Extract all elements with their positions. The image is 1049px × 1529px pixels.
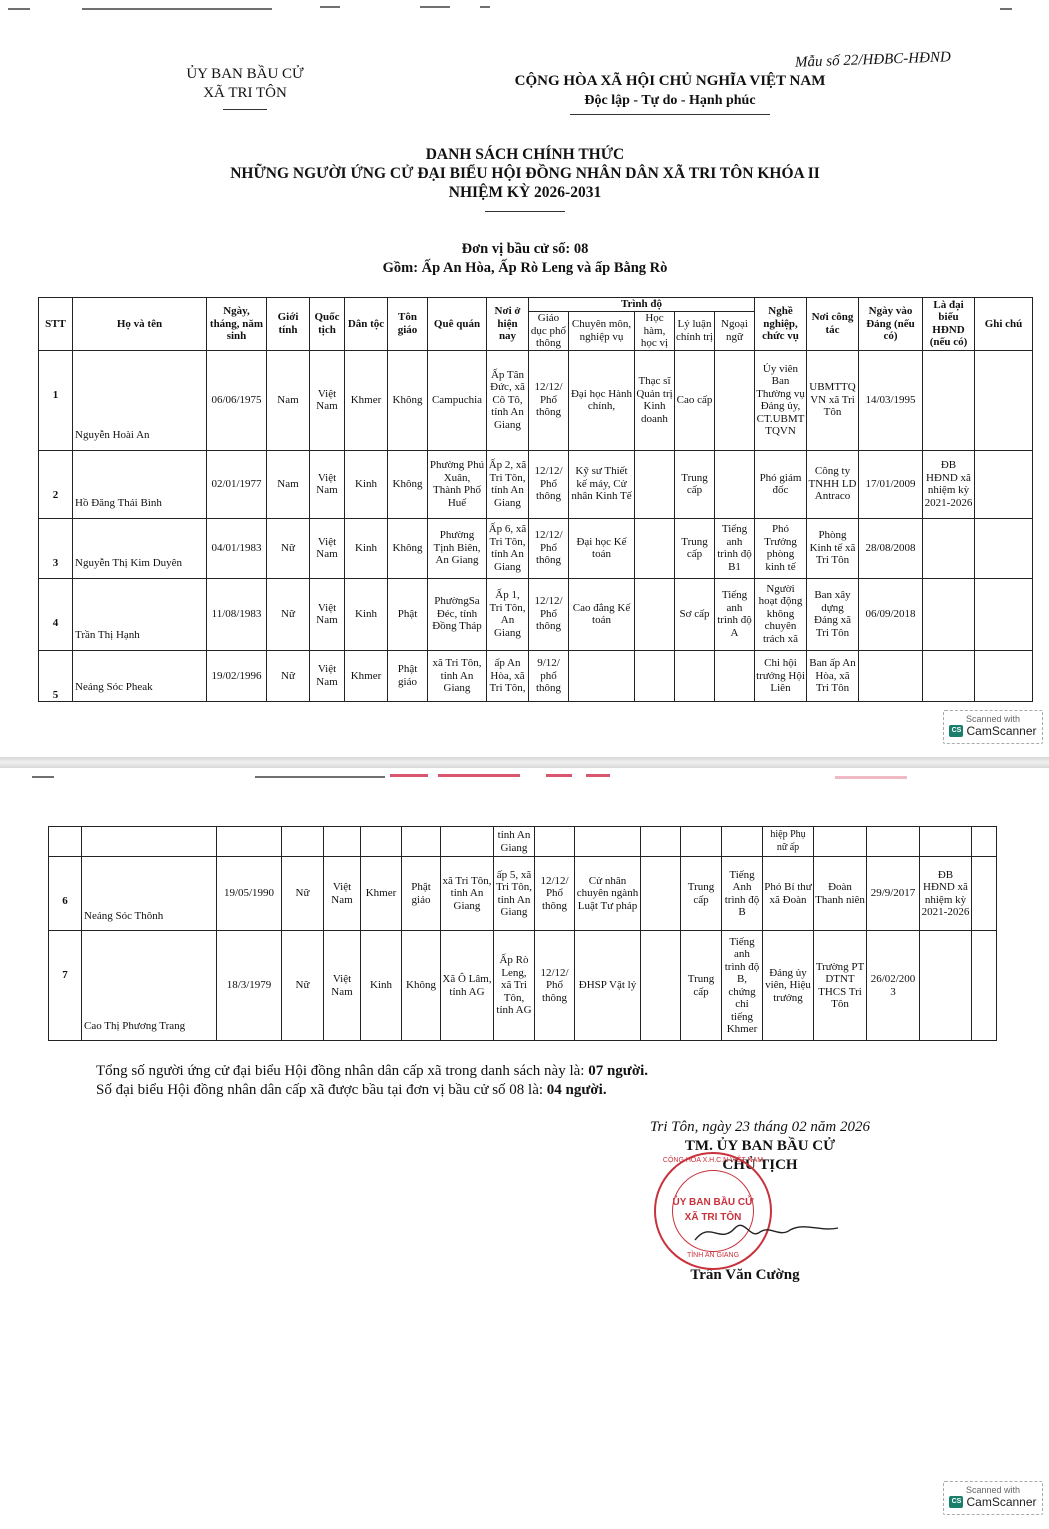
national-motto: Độc lập - Tự do - Hạnh phúc xyxy=(480,91,860,110)
table-row: 2Hồ Đăng Thái Bình02/01/1977NamViệt NamK… xyxy=(39,450,1033,518)
cell-ethnicity: Khmer xyxy=(361,857,402,931)
header-stt: STT xyxy=(39,298,73,351)
cell-religion: Không xyxy=(402,931,441,1041)
cell-note xyxy=(975,650,1033,702)
cell-note xyxy=(972,857,997,931)
electoral-unit: Đơn vị bầu cử số: 08 Gồm: Ấp An Hòa, Ấp … xyxy=(150,240,900,278)
cell-academic xyxy=(635,578,675,650)
cell-name: Nguyễn Hoài An xyxy=(73,350,207,450)
header-nationality: Quốc tịch xyxy=(310,298,345,351)
cell-name: Trần Thị Hạnh xyxy=(73,578,207,650)
cell-religion: Phật giáo xyxy=(402,857,441,931)
cell-ethnicity: Kinh xyxy=(345,578,388,650)
cell-workplace: Ban xây dựng Đảng xã Tri Tôn xyxy=(807,578,859,650)
cell-note xyxy=(975,518,1033,578)
table-row: 7Cao Thị Phương Trang18/3/1979NữViệt Nam… xyxy=(49,931,997,1041)
cell-party-date xyxy=(859,650,923,702)
table-row: 4Trần Thị Hạnh11/08/1983NữViệt NamKinhPh… xyxy=(39,578,1033,650)
header-education-group: Trình độ xyxy=(529,298,755,312)
cell-party-date: 17/01/2009 xyxy=(859,450,923,518)
scan-artifact xyxy=(586,774,610,777)
cell-professional xyxy=(569,650,635,702)
org-line-2: XÃ TRI TÔN xyxy=(150,84,340,103)
cell-workplace: Đoàn Thanh niên xyxy=(814,857,867,931)
cell-language: Tiếng anh trình độ A xyxy=(715,578,755,650)
cell-professional: Kỹ sư Thiết kế máy, Cử nhân Kinh Tế xyxy=(569,450,635,518)
cell-religion: Phật giáo xyxy=(388,650,428,702)
cell-language xyxy=(715,650,755,702)
candidate-table-continued: tỉnh An Giang hiệp Phụ nữ ấp 6Neáng Sóc … xyxy=(48,826,997,1041)
header-name: Họ và tên xyxy=(73,298,207,351)
cell-academic xyxy=(635,650,675,702)
cell-name: Nguyễn Thị Kim Duyên xyxy=(73,518,207,578)
cell-nationality: Việt Nam xyxy=(324,857,361,931)
cell-party-date: 26/02/2003 xyxy=(867,931,920,1041)
cell-dob: 18/3/1979 xyxy=(217,931,282,1041)
cell-religion: Phật xyxy=(388,578,428,650)
cell-is-delegate xyxy=(923,350,975,450)
cell-language xyxy=(715,350,755,450)
header-religion: Tôn giáo xyxy=(388,298,428,351)
summary: Tổng số người ứng cử đại biểu Hội đồng n… xyxy=(96,1062,648,1100)
cell-is-delegate xyxy=(923,518,975,578)
cell-academic xyxy=(641,857,681,931)
header-ethnicity: Dân tộc xyxy=(345,298,388,351)
cell-general-edu: 12/12/ Phổ thông xyxy=(535,931,575,1041)
scan-artifact xyxy=(320,6,340,8)
cell-dob: 04/01/1983 xyxy=(207,518,267,578)
cell-professional: ĐHSP Vật lý xyxy=(575,931,641,1041)
cell-stt: 6 xyxy=(49,857,82,931)
cell-occupation: Người hoạt động không chuyên trách xã xyxy=(755,578,807,650)
summary-seats: Số đại biểu Hội đồng nhân dân cấp xã đượ… xyxy=(96,1081,648,1100)
cell-occupation: Phó giám đốc xyxy=(755,450,807,518)
cell-language: Tiếng anh trình độ B, chứng chỉ tiếng Kh… xyxy=(722,931,763,1041)
cell-dob: 11/08/1983 xyxy=(207,578,267,650)
scan-artifact xyxy=(835,776,907,779)
place-date: Tri Tôn, ngày 23 tháng 02 năm 2026 xyxy=(620,1118,900,1137)
cell-party-date: 14/03/1995 xyxy=(859,350,923,450)
cell-occupation: Phó Trưởng phòng kinh tế xyxy=(755,518,807,578)
page-separator xyxy=(0,757,1049,768)
scan-artifact xyxy=(1000,8,1012,10)
cell-party-date: 29/9/2017 xyxy=(867,857,920,931)
document-page-1: ỦY BAN BẦU CỬ XÃ TRI TÔN Mẫu số 22/HĐBC-… xyxy=(0,0,1049,757)
cell-workplace: Phòng Kinh tế xã Tri Tôn xyxy=(807,518,859,578)
cell-workplace: Ban ấp An Hòa, xã Tri Tôn xyxy=(807,650,859,702)
candidate-table: STT Họ và tên Ngày, tháng, năm sinh Giới… xyxy=(38,297,1033,702)
header-general-edu: Giáo dục phổ thông xyxy=(529,312,569,351)
cell-religion: Không xyxy=(388,350,428,450)
scan-artifact xyxy=(420,6,450,8)
unit-number: Đơn vị bầu cử số: 08 xyxy=(150,240,900,259)
watermark-brand: CamScanner xyxy=(966,724,1036,738)
cell-hometown: Phường Tịnh Biên, An Giang xyxy=(428,518,487,578)
cell-general-edu: 12/12/ Phổ thông xyxy=(529,518,569,578)
cell-is-delegate xyxy=(923,578,975,650)
cell-general-edu: 12/12/ Phổ thông xyxy=(535,857,575,931)
camscanner-logo-icon: CS xyxy=(949,725,963,737)
cell-professional: Đại học Hành chính, xyxy=(569,350,635,450)
cell-residence: Ấp 2, xã Tri Tôn, tỉnh An Giang xyxy=(487,450,529,518)
table-row: 5Neáng Sóc Pheak19/02/1996NữViệt NamKhme… xyxy=(39,650,1033,702)
signing-organization: TM. ỦY BAN BẦU CỬ xyxy=(620,1137,900,1156)
camscanner-watermark: Scanned with CS CamScanner xyxy=(943,710,1043,744)
header-occupation: Nghề nghiệp, chức vụ xyxy=(755,298,807,351)
cell-note xyxy=(975,350,1033,450)
header-note: Ghi chú xyxy=(975,298,1033,351)
cell-stt: 4 xyxy=(39,578,73,650)
cell-ethnicity: Khmer xyxy=(345,650,388,702)
header-workplace: Nơi công tác xyxy=(807,298,859,351)
cell-gender: Nam xyxy=(267,450,310,518)
scan-artifact xyxy=(480,6,490,8)
cell-residence: ấp An Hòa, xã Tri Tôn, xyxy=(487,650,529,702)
cell-stt: 3 xyxy=(39,518,73,578)
cell-dob: 02/01/1977 xyxy=(207,450,267,518)
cell-ethnicity: Kinh xyxy=(361,931,402,1041)
scan-artifact xyxy=(32,776,54,778)
cell-stt: 7 xyxy=(49,931,82,1041)
header-political: Lý luận chính trị xyxy=(675,312,715,351)
cell-occupation: Ủy viên Ban Thường vụ Đảng ủy, CT.UBMTTQ… xyxy=(755,350,807,450)
cell-gender: Nữ xyxy=(267,518,310,578)
divider xyxy=(570,114,770,115)
cell-name: Neáng Sóc Thônh xyxy=(82,857,217,931)
cell-political xyxy=(675,650,715,702)
title-line-2: NHỮNG NGƯỜI ỨNG CỬ ĐẠI BIỂU HỘI ĐỒNG NHÂ… xyxy=(150,164,900,183)
title-line-3: NHIỆM KỲ 2026-2031 xyxy=(150,183,900,202)
header-academic: Học hàm, học vị xyxy=(635,312,675,351)
header-dob: Ngày, tháng, năm sinh xyxy=(207,298,267,351)
cell-hometown: PhườngSa Đéc, tỉnh Đồng Tháp xyxy=(428,578,487,650)
cell-dob: 06/06/1975 xyxy=(207,350,267,450)
cell-gender: Nữ xyxy=(282,931,324,1041)
scan-artifact xyxy=(546,774,572,777)
cell-language xyxy=(715,450,755,518)
cell-religion: Không xyxy=(388,518,428,578)
cell-hometown: xã Tri Tôn, tỉnh An Giang xyxy=(441,857,494,931)
cell-hometown: xã Tri Tôn, tỉnh An Giang xyxy=(428,650,487,702)
cell-workplace: Công ty TNHH LD Antraco xyxy=(807,450,859,518)
cell-gender: Nữ xyxy=(267,578,310,650)
cell-residence: Ấp 6, xã Tri Tôn, tỉnh An Giang xyxy=(487,518,529,578)
cell-nationality: Việt Nam xyxy=(324,931,361,1041)
total-candidates-value: 07 người. xyxy=(588,1063,648,1079)
cell-is-delegate: ĐB HĐND xã nhiệm kỳ 2021-2026 xyxy=(920,857,972,931)
cell-hometown: Phường Phú Xuân, Thành Phố Huế xyxy=(428,450,487,518)
cell-note xyxy=(972,931,997,1041)
table-row: 6Neáng Sóc Thônh19/05/1990NữViệt NamKhme… xyxy=(49,857,997,931)
camscanner-watermark: Scanned with CS CamScanner xyxy=(943,1481,1043,1515)
cell-residence: ấp 5, xã Tri Tôn, tỉnh An Giang xyxy=(494,857,535,931)
cell-nationality: Việt Nam xyxy=(310,450,345,518)
scan-artifact xyxy=(8,8,30,10)
header-residence: Nơi ở hiện nay xyxy=(487,298,529,351)
cell-professional: Đại học Kế toán xyxy=(569,518,635,578)
issuing-organization: ỦY BAN BẦU CỬ XÃ TRI TÔN xyxy=(150,65,340,110)
table-row: 1Nguyễn Hoài An06/06/1975NamViệt NamKhme… xyxy=(39,350,1033,450)
cell-ethnicity: Khmer xyxy=(345,350,388,450)
cell-stt: 5 xyxy=(39,650,73,702)
unit-areas: Gồm: Ấp An Hòa, Ấp Rò Leng và ấp Bằng Rò xyxy=(150,259,900,278)
cell-stt: 2 xyxy=(39,450,73,518)
national-header: CỘNG HÒA XÃ HỘI CHỦ NGHĨA VIỆT NAM Độc l… xyxy=(480,72,860,115)
cell-is-delegate xyxy=(920,931,972,1041)
cell-academic xyxy=(641,931,681,1041)
cell-residence: Ấp 1, Tri Tôn, An Giang xyxy=(487,578,529,650)
continuation-row: tỉnh An Giang hiệp Phụ nữ ấp xyxy=(49,827,997,857)
cell-occupation: Đảng ủy viên, Hiệu trưởng xyxy=(763,931,814,1041)
header-gender: Giới tính xyxy=(267,298,310,351)
cell-general-edu: 12/12/ Phổ thông xyxy=(529,578,569,650)
cell-is-delegate xyxy=(923,650,975,702)
divider xyxy=(485,211,565,212)
cell-note xyxy=(975,450,1033,518)
cell-ethnicity: Kinh xyxy=(345,450,388,518)
cell-gender: Nam xyxy=(267,350,310,450)
org-line-1: ỦY BAN BẦU CỬ xyxy=(150,65,340,84)
cell-name: Cao Thị Phương Trang xyxy=(82,931,217,1041)
cell-academic: Thạc sĩ Quản trị Kinh doanh xyxy=(635,350,675,450)
header-language: Ngoại ngữ xyxy=(715,312,755,351)
summary-total-candidates: Tổng số người ứng cử đại biểu Hội đồng n… xyxy=(96,1062,648,1081)
document-title: DANH SÁCH CHÍNH THỨC NHỮNG NGƯỜI ỨNG CỬ … xyxy=(150,145,900,212)
cell-general-edu: 12/12/ Phổ thông xyxy=(529,450,569,518)
scan-artifact xyxy=(255,776,385,778)
table-row: 3Nguyễn Thị Kim Duyên04/01/1983NữViệt Na… xyxy=(39,518,1033,578)
cell-hometown: Xã Ô Lâm, tỉnh AG xyxy=(441,931,494,1041)
scan-artifact xyxy=(82,8,272,10)
cell-religion: Không xyxy=(388,450,428,518)
watermark-brand: CamScanner xyxy=(966,1495,1036,1509)
cell-political: Sơ cấp xyxy=(675,578,715,650)
cell-academic xyxy=(635,518,675,578)
cell-professional: Cao đẳng Kế toán xyxy=(569,578,635,650)
cell-stt: 1 xyxy=(39,350,73,450)
cell-professional: Cử nhân chuyên ngành Luật Tư pháp xyxy=(575,857,641,931)
scan-artifact xyxy=(390,774,428,777)
cell-ethnicity: Kinh xyxy=(345,518,388,578)
seats-value: 04 người. xyxy=(547,1082,607,1098)
handwritten-signature-icon xyxy=(690,1210,840,1250)
cell-occupation: hiệp Phụ nữ ấp xyxy=(763,827,814,857)
header-is-delegate: Là đại biểu HĐND (nếu có) xyxy=(923,298,975,351)
cell-name: Neáng Sóc Pheak xyxy=(73,650,207,702)
cell-residence: Ấp Rò Leng, xã Tri Tôn, tỉnh AG xyxy=(494,931,535,1041)
watermark-caption: Scanned with xyxy=(944,714,1042,724)
cell-nationality: Việt Nam xyxy=(310,650,345,702)
cell-name: Hồ Đăng Thái Bình xyxy=(73,450,207,518)
cell-party-date: 06/09/2018 xyxy=(859,578,923,650)
cell-political: Trung cấp xyxy=(681,931,722,1041)
form-number: Mẫu số 22/HĐBC-HĐND xyxy=(795,49,951,71)
cell-is-delegate: ĐB HĐND xã nhiệm kỳ 2021-2026 xyxy=(923,450,975,518)
divider xyxy=(223,109,267,110)
nation-name: CỘNG HÒA XÃ HỘI CHỦ NGHĨA VIỆT NAM xyxy=(480,72,860,91)
cell-nationality: Việt Nam xyxy=(310,578,345,650)
scan-artifact xyxy=(438,774,520,777)
header-party-date: Ngày vào Đảng (nếu có) xyxy=(859,298,923,351)
cell-dob: 19/02/1996 xyxy=(207,650,267,702)
cell-gender: Nữ xyxy=(282,857,324,931)
header-hometown: Quê quán xyxy=(428,298,487,351)
title-line-1: DANH SÁCH CHÍNH THỨC xyxy=(150,145,900,164)
cell-workplace: UBMTTQVN xã Tri Tôn xyxy=(807,350,859,450)
cell-residence: Ấp Tân Đức, xã Cô Tô, tỉnh An Giang xyxy=(487,350,529,450)
cell-party-date: 28/08/2008 xyxy=(859,518,923,578)
cell-residence: tỉnh An Giang xyxy=(494,827,535,857)
watermark-caption: Scanned with xyxy=(944,1485,1042,1495)
cell-hometown: Campuchia xyxy=(428,350,487,450)
cell-dob: 19/05/1990 xyxy=(217,857,282,931)
cell-workplace: Trường PT DTNT THCS Tri Tôn xyxy=(814,931,867,1041)
cell-occupation: Phó Bí thư xã Đoàn xyxy=(763,857,814,931)
cell-language: Tiếng Anh trình độ B xyxy=(722,857,763,931)
signature-block: Tri Tôn, ngày 23 tháng 02 năm 2026 TM. Ủ… xyxy=(620,1118,900,1175)
cell-gender: Nữ xyxy=(267,650,310,702)
cell-political: Cao cấp xyxy=(675,350,715,450)
cell-political: Trung cấp xyxy=(681,857,722,931)
cell-nationality: Việt Nam xyxy=(310,518,345,578)
cell-political: Trung cấp xyxy=(675,450,715,518)
cell-general-edu: 12/12/ Phổ thông xyxy=(529,350,569,450)
cell-occupation: Chi hội trưởng Hội Liên xyxy=(755,650,807,702)
cell-political: Trung cấp xyxy=(675,518,715,578)
camscanner-logo-icon: CS xyxy=(949,1496,963,1508)
header-professional: Chuyên môn, nghiệp vụ xyxy=(569,312,635,351)
cell-note xyxy=(975,578,1033,650)
cell-general-edu: 9/12/ phổ thông xyxy=(529,650,569,702)
cell-academic xyxy=(635,450,675,518)
cell-nationality: Việt Nam xyxy=(310,350,345,450)
cell-language: Tiếng anh trình độ B1 xyxy=(715,518,755,578)
signer-name: Trần Văn Cường xyxy=(620,1266,870,1285)
